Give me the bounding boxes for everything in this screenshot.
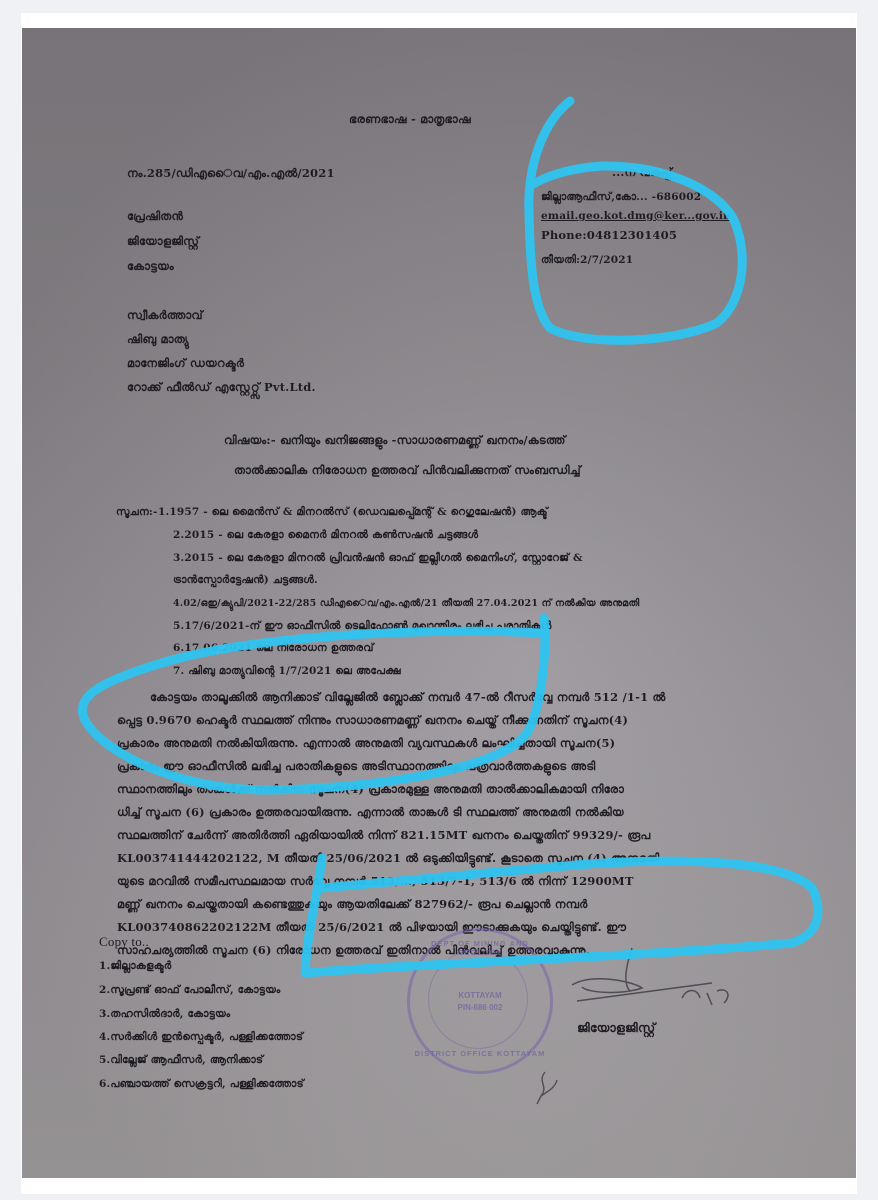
body-line: യുടെ മറവിൽ സമീപസ്ഥലമായ സർവ്വേ നമ്പർ 513/… — [117, 874, 634, 889]
office-seal-stamp: DEPT OF MINING AND GEOLOGY KOTTAYAM PIN-… — [407, 928, 553, 1074]
references-label: സൂചന:- — [116, 506, 158, 519]
body-line: ധിച്ച് സൂചന (6) പ്രകാരം ഉത്തരവായിരുന്നു.… — [117, 805, 624, 820]
reference-item: ട്രാൻസ്പോർട്ടേഷൻ) ചട്ടങ്ങൾ. — [173, 574, 318, 587]
copy-to-item: 1.ജില്ലാകളക്ടർ — [99, 960, 171, 973]
reference-item: 2.2015 - ലെ കേരളാ മൈനർ മിനറൽ കൺസഷൻ ചട്ടങ… — [173, 529, 478, 542]
copy-to-label: Copy to.. — [99, 934, 149, 950]
body-line: പ്രകാരം ഈ ഓഫീസിൽ ലഭിച്ച പരാതികളുടെ അടിസ്… — [117, 759, 595, 774]
signatory-title: ജിയോളജിസ്റ്റ് — [577, 1020, 655, 1036]
body-line: പ്പെട്ട 0.9670 ഹെക്ടർ സ്ഥലത്ത് നിന്നും സ… — [117, 713, 628, 728]
body-line: മണ്ണ് ഖനനം ചെയ്തതായി കണ്ടെത്തുകയും ആയതില… — [117, 897, 588, 912]
body-line: KL003741444202122, M തീയതി 25/06/2021 ൽ … — [117, 851, 659, 866]
department-name: ...ന വകുപ്പ് — [612, 165, 672, 180]
subject-line: വിഷയം:- ഖനിയും ഖനിജങ്ങളും -സാധാരണമണ്ണ് ഖ… — [224, 433, 566, 448]
reference-item: 1.1957 - ലെ മൈൻസ് & മിനറൽസ് (ഡെവലപ്പ്മെന… — [158, 506, 548, 519]
stamp-ring-top: DEPT OF MINING AND GEOLOGY — [410, 939, 550, 957]
stamp-pin: PIN-686 002 — [410, 1003, 550, 1012]
body-line: സ്ഥാനത്തിലും താങ്കൾക്ക് നൽകിയ സൂചന(4) പ്… — [117, 782, 624, 797]
reference-item: 7. ഷിബു മാത്യുവിന്റെ 1/7/2021 ലെ അപേക്ഷ — [173, 665, 401, 678]
body-line: കോട്ടയം താലൂക്കിൽ ആനിക്കാട് വില്ലേജിൽ ബ്… — [150, 690, 666, 705]
copy-to-item: 5.വില്ലേജ് ആഫീസർ, ആനിക്കാട് — [99, 1054, 263, 1067]
initials-scribble — [527, 1068, 567, 1108]
stamp-ring-bottom: DISTRICT OFFICE KOTTAYAM — [410, 1049, 550, 1058]
office-phone: Phone:04812301405 — [541, 228, 677, 242]
from-line: പ്രേഷിതൻ — [127, 209, 183, 224]
copy-to-item: 3.തഹസിൽദാർ, കോട്ടയം — [99, 1008, 230, 1021]
body-line: സ്ഥലത്തിന് ചേർന്ന് അതിർത്തി ഏരിയായിൽ നിന… — [117, 828, 650, 843]
copy-to-item: 2.സൂപ്രണ്ട് ഓഫ് പോലീസ്, കോട്ടയം — [99, 984, 281, 997]
document-photo: ഭരണഭാഷ - മാതൃഭാഷ നം.285/ഡിഎെെവ/എം.എൽ/202… — [22, 28, 856, 1178]
body-line: KL003740862202122M തീയതി 25/6/2021 ൽ പിഴ… — [117, 920, 626, 935]
subject-line: താൽക്കാലിക നിരോധന ഉത്തരവ് പിൻവലിക്കുന്നത… — [234, 463, 581, 478]
to-line: മാനേജിംഗ് ഡയറക്ടർ — [127, 356, 244, 371]
stamp-city: KOTTAYAM — [410, 991, 550, 1000]
copy-to-item: 4.സർക്കിൾ ഇൻസ്പെക്ടർ, പള്ളിക്കത്തോട് — [99, 1031, 303, 1044]
letter-date: തീയതി:2/7/2021 — [541, 254, 633, 267]
reference-number: നം.285/ഡിഎെെവ/എം.എൽ/2021 — [127, 166, 335, 181]
to-line: സ്വീകർത്താവ് — [127, 308, 203, 323]
office-address: ജില്ലാആഫീസ്,കോ... -686002 — [541, 191, 701, 204]
copy-to-item: 6.പഞ്ചായത്ത് സെക്രട്ടറി, പള്ളിക്കത്തോട് — [99, 1078, 304, 1091]
to-line: റോക്ക് ഫീൽഡ് എസ്റ്റേറ്റ്സ് Pvt.Ltd. — [127, 380, 316, 395]
from-line: ജിയോളജിസ്റ്റ് — [127, 234, 199, 249]
to-line: ഷിബു മാത്യു — [127, 332, 189, 347]
signature-scribble — [562, 943, 762, 1023]
body-line: പ്രകാരം അനുമതി നൽകിയിരുന്നു. എന്നാൽ അനുമ… — [117, 736, 615, 751]
reference-item: 6.17.06.2021 ലെ നിരോധന ഉത്തരവ് — [173, 642, 374, 655]
office-email: email.geo.kot.dmg@ker...gov.in — [541, 210, 731, 222]
from-line: കോട്ടയം — [127, 259, 174, 274]
language-header: ഭരണഭാഷ - മാതൃഭാഷ — [349, 112, 471, 127]
reference-item: 4.02/ഒഇ/ക്യുപി/2021-22/285 ഡിഎെെവ/എം.എൽ/… — [173, 598, 639, 609]
reference-item: 3.2015 - ലെ കേരളാ മിനറൽ പ്രിവൻഷൻ ഓഫ് ഇല്… — [173, 552, 583, 565]
reference-item: 5.17/6/2021-ന് ഈ ഓഫീസിൽ ടെലിഫോൺ മുഖാന്തി… — [173, 620, 552, 633]
